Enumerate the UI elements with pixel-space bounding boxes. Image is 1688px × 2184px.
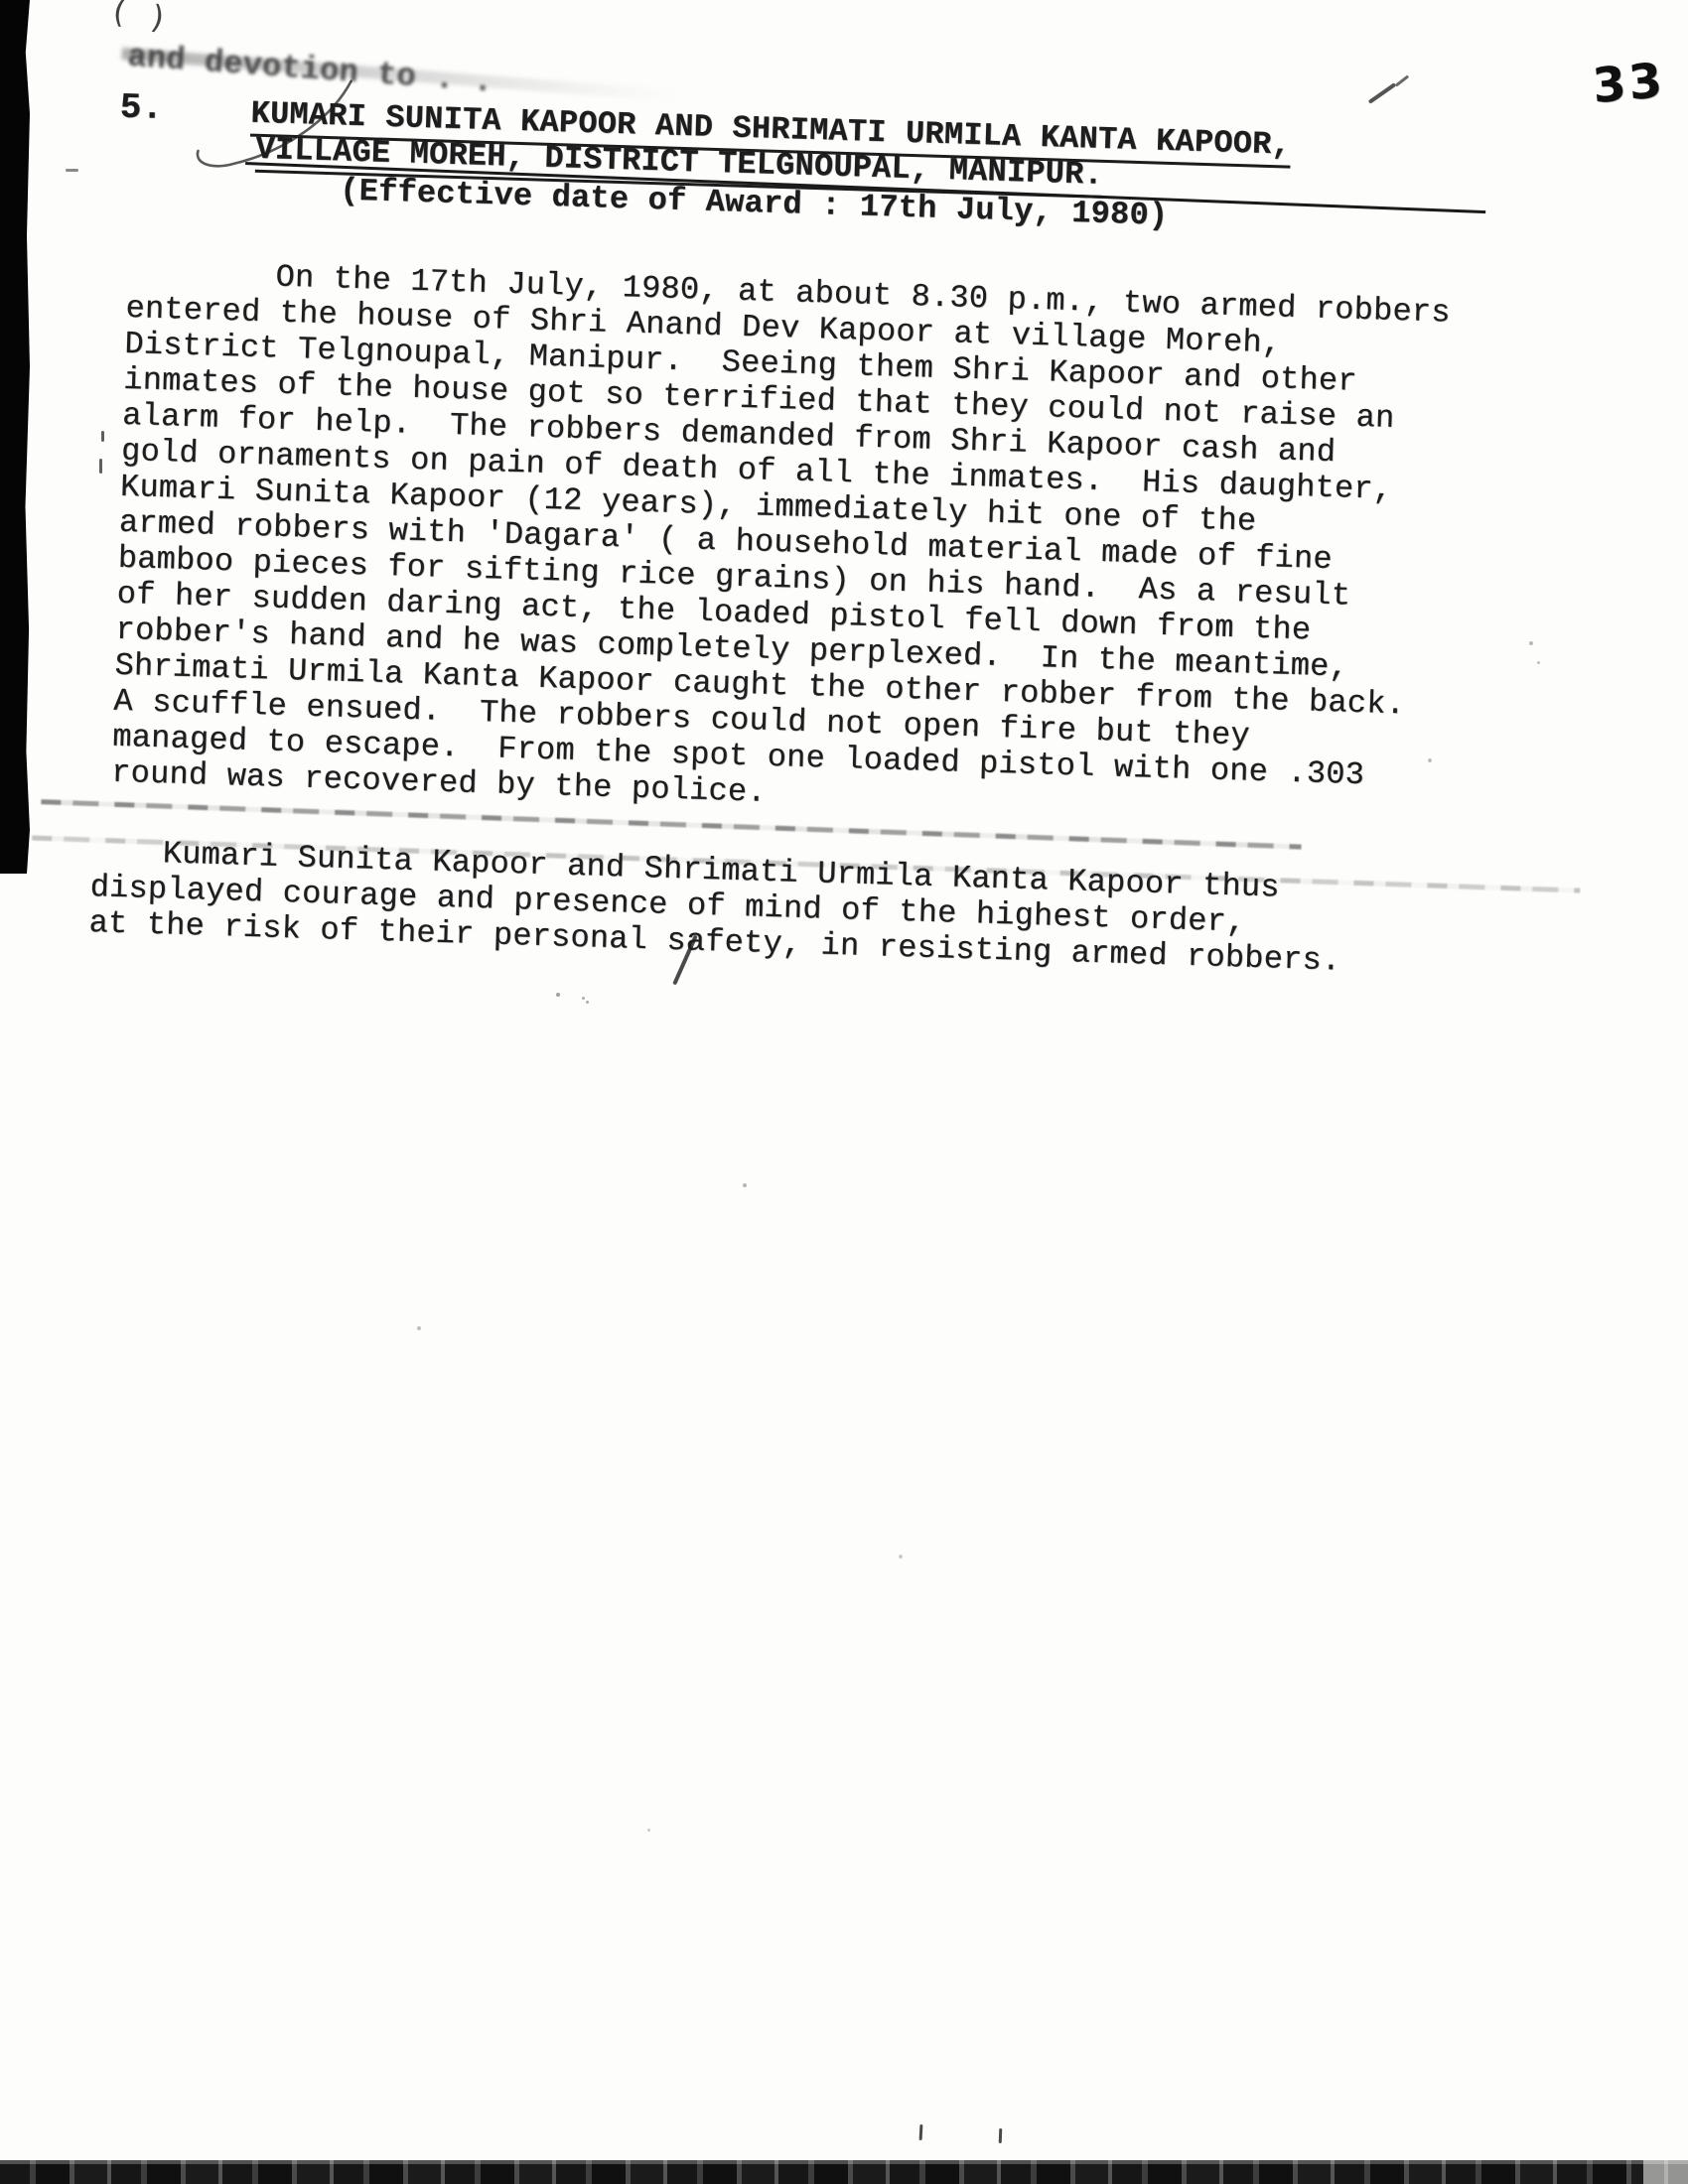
scan-speck [1537, 661, 1540, 664]
scan-speck [582, 997, 585, 1000]
handwritten-paren-mark: ( ) [110, 0, 174, 38]
scan-tick-mark [999, 2128, 1003, 2143]
handwritten-check-mark [1368, 82, 1397, 104]
scanned-document-page: ( ) 33 and devotion to . . 5. KUMARI SUN… [0, 0, 1688, 2184]
scan-left-black-bar [0, 0, 30, 874]
scan-speck [586, 1001, 589, 1004]
typed-content: and devotion to . . 5. KUMARI SUNITA KAP… [134, 35, 1553, 78]
scan-speck [417, 1326, 421, 1330]
paragraph-1: On the 17th July, 1980, at about 8.30 p.… [111, 255, 1517, 834]
scan-bottom-black-strip [0, 2160, 1688, 2184]
scan-tick-mark [919, 2124, 923, 2140]
heading-number: 5. [119, 90, 164, 127]
scan-speck [1529, 641, 1533, 645]
scan-speck [556, 993, 560, 997]
handwritten-check-mark [1395, 74, 1409, 86]
margin-tick-mark [99, 459, 102, 474]
scan-speck [647, 1829, 650, 1832]
margin-dash-mark [66, 169, 78, 172]
scan-speck [899, 1555, 903, 1559]
scan-speck [743, 1183, 747, 1187]
paragraph-2: Kumari Sunita Kapoor and Shrimati Urmila… [88, 834, 1531, 985]
page-number: 33 [1591, 53, 1667, 114]
margin-tick-mark [101, 431, 104, 442]
